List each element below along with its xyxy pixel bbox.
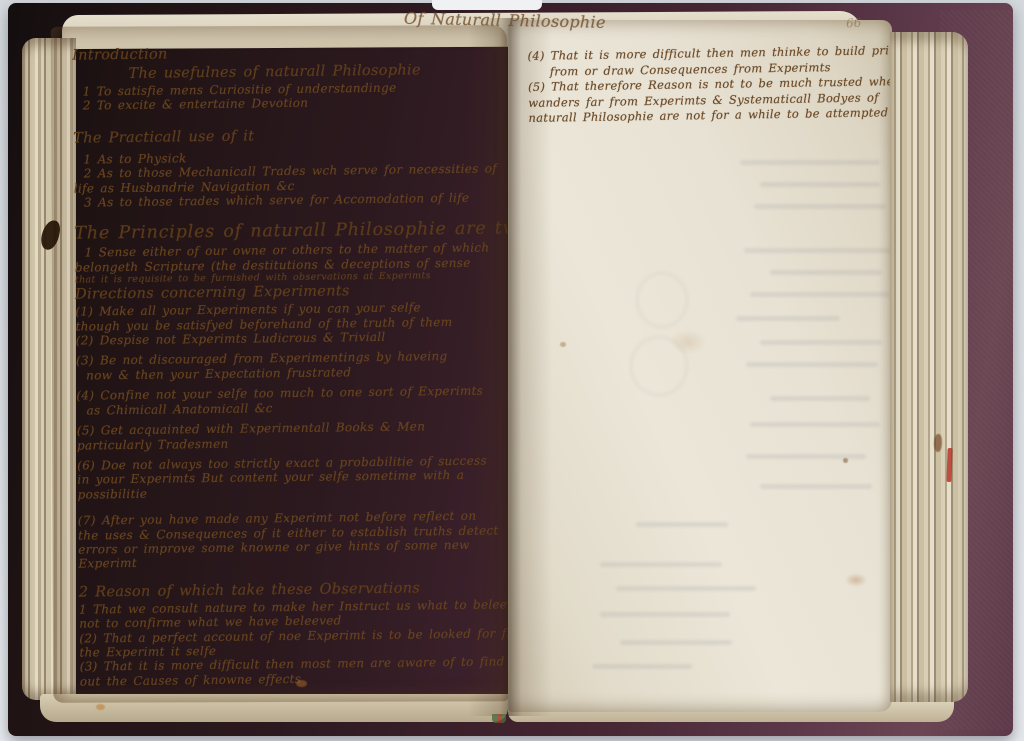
spine-sewing-band bbox=[492, 714, 506, 723]
stain bbox=[560, 342, 566, 347]
background-sliver bbox=[432, 0, 542, 10]
right-page-text: (4) That it is more difficult then men t… bbox=[527, 43, 892, 127]
stain bbox=[296, 680, 307, 687]
fore-edge-stain bbox=[934, 434, 942, 452]
manuscript-line: The Practicall use of it bbox=[73, 124, 509, 148]
left-page-text: Introduction The usefulnes of naturall P… bbox=[72, 41, 509, 688]
right-page: (4) That it is more difficult then men t… bbox=[508, 20, 892, 712]
folio-number: 66 bbox=[846, 16, 862, 31]
stain bbox=[843, 458, 848, 463]
manuscript-photo: Introduction The usefulnes of naturall P… bbox=[0, 0, 1024, 741]
left-page: Introduction The usefulnes of naturall P… bbox=[51, 25, 509, 703]
stain bbox=[96, 704, 105, 710]
fore-edge-stack bbox=[890, 32, 968, 702]
